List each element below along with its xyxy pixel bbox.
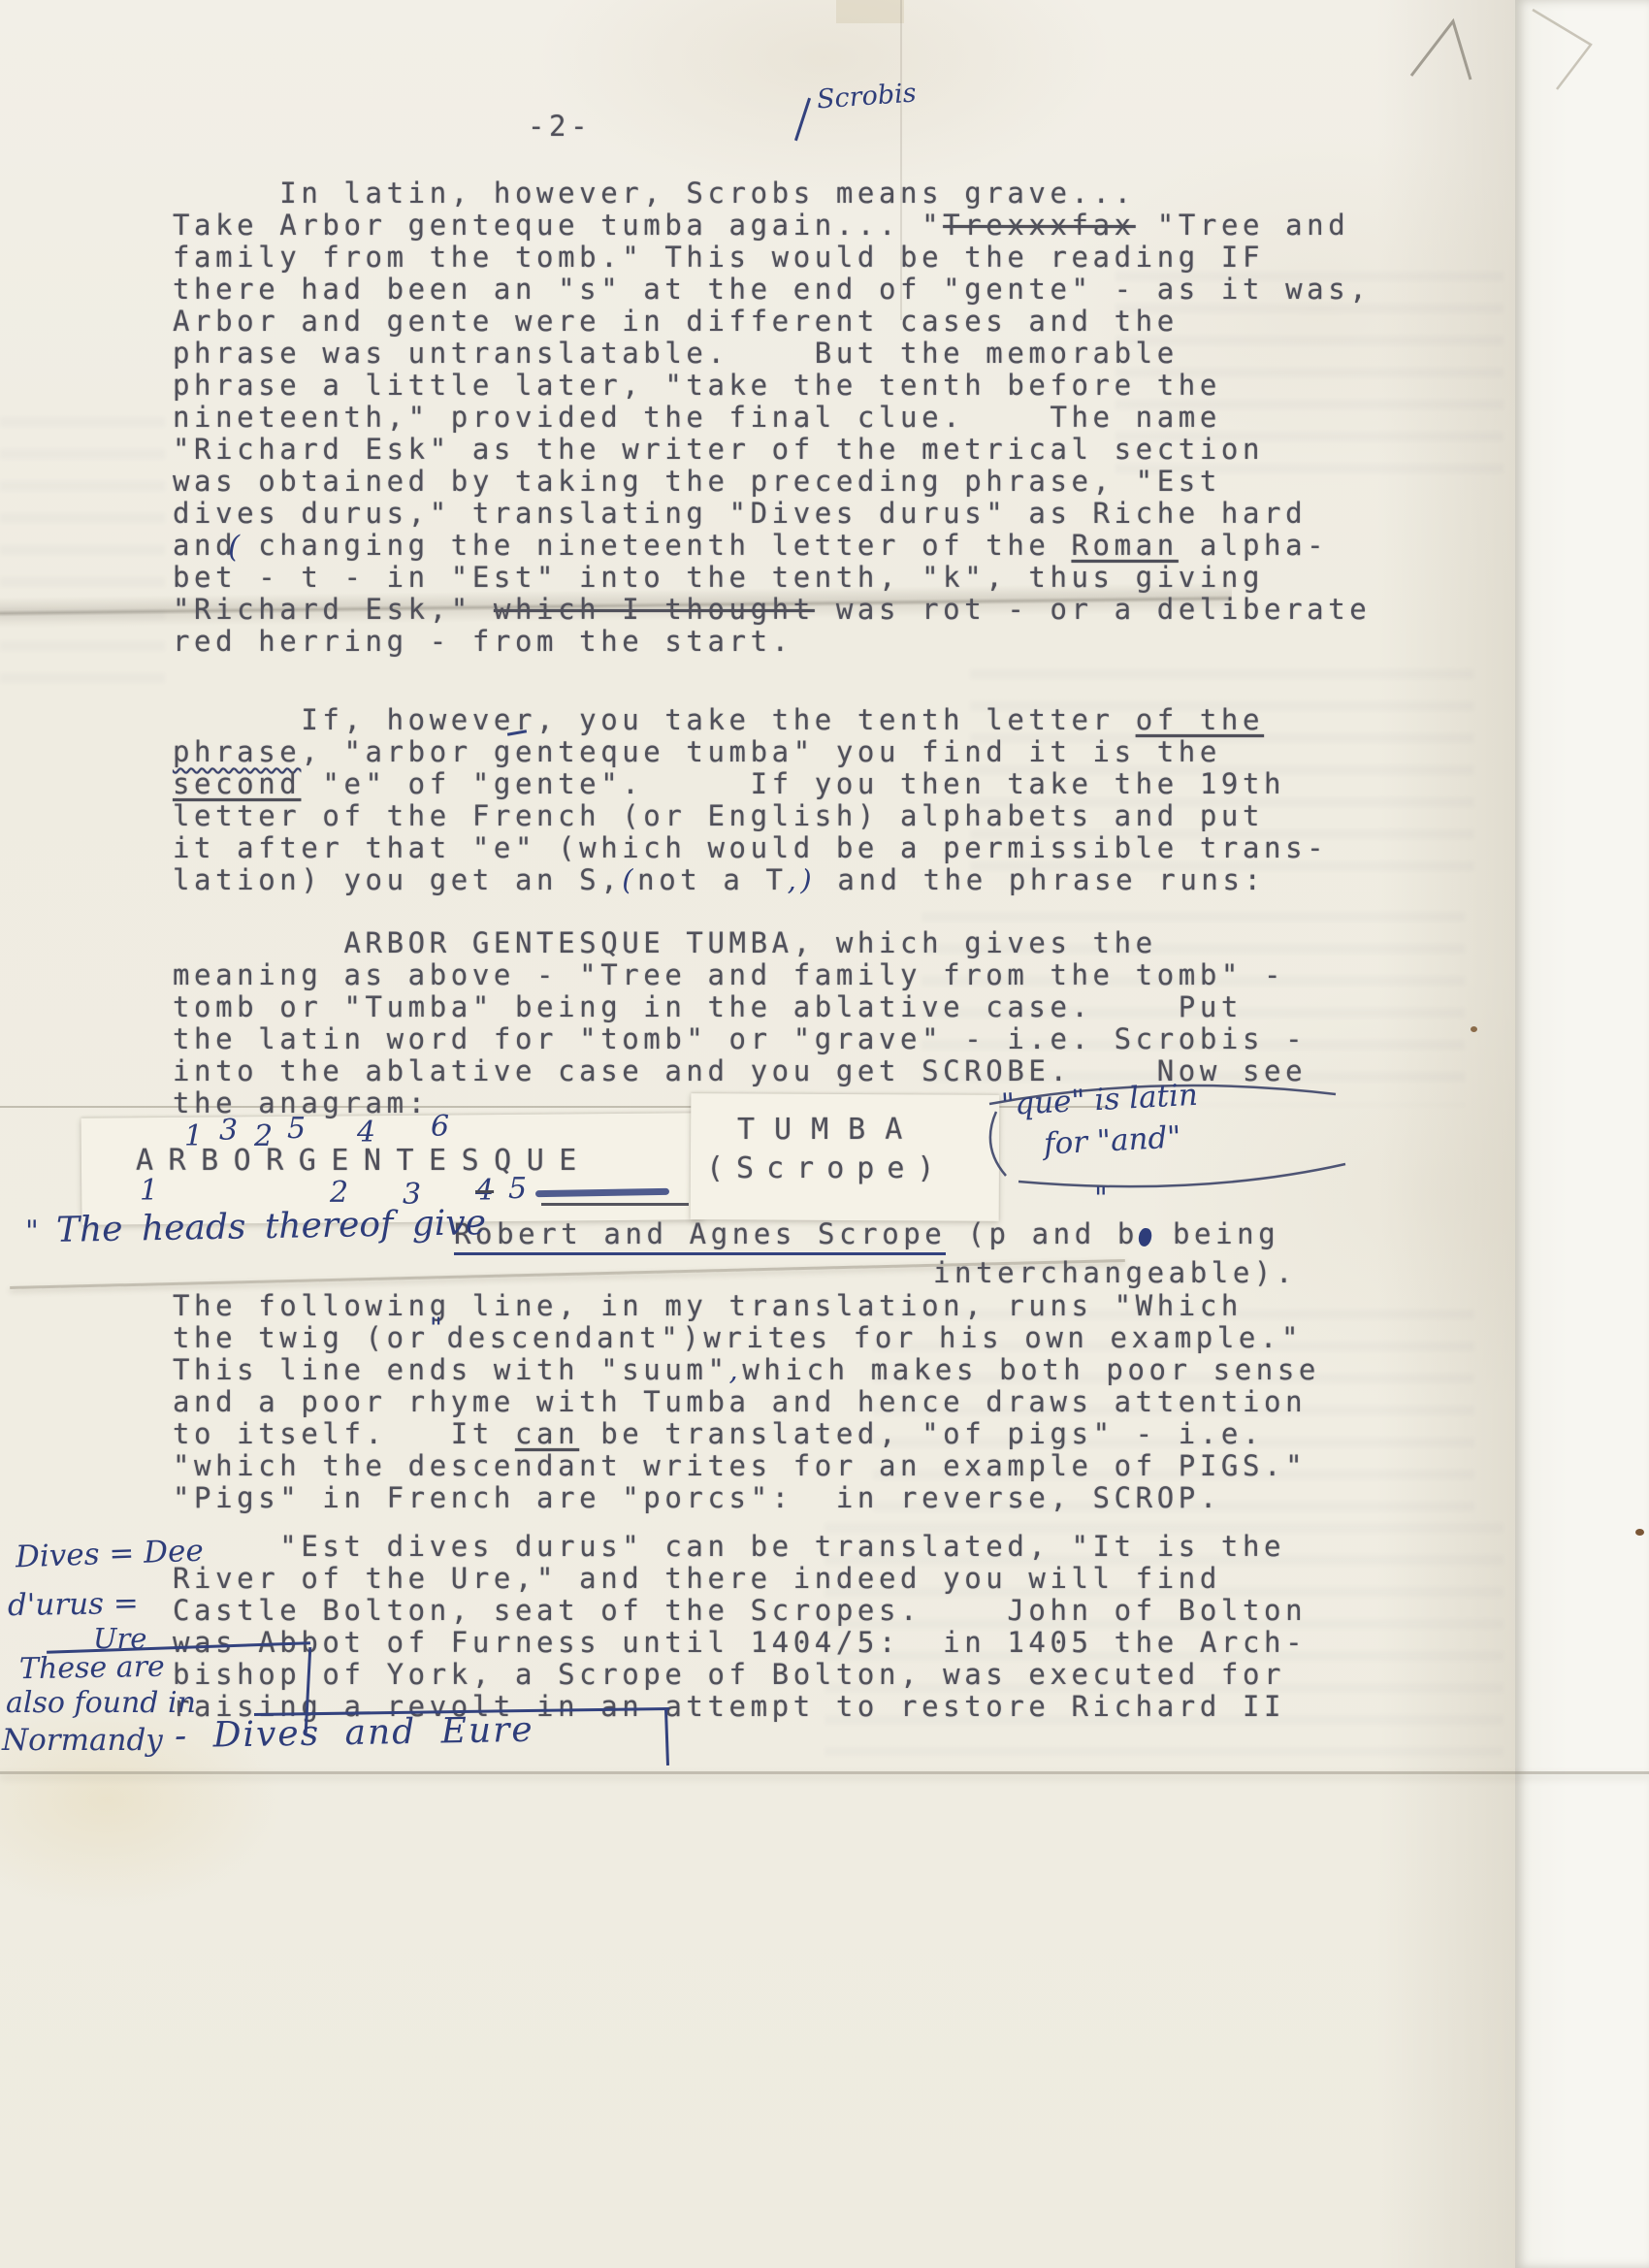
typed-line: and changing the nineteenth letter of th… [173, 530, 1371, 562]
typed-segment: phrase was untranslatable. But the memor… [173, 337, 1179, 370]
scanner-backing-strip [1515, 0, 1649, 2268]
typed-line: second "e" of "gente". If you then take … [173, 768, 1328, 800]
typed-paragraph-5: "Est dives durus" can be translated, "It… [173, 1531, 1307, 1723]
typed-segment: red herring - from the start. [173, 625, 793, 658]
typed-line: In latin, however, Scrobs means grave... [173, 178, 1371, 210]
typed-segment: phrase [173, 735, 301, 768]
typed-line: bishop of York, a Scrope of Bolton, was … [173, 1659, 1307, 1691]
typed-segment: This line ends with "suum" [173, 1353, 729, 1386]
typed-line: If, however, you take the tenth letter o… [173, 704, 1328, 736]
ink-blot [1138, 1227, 1153, 1247]
scanned-letter-page: { "page_label": "-2-", "colors": { "pape… [0, 0, 1649, 2268]
handwritten-open-quote: " [25, 1215, 39, 1248]
paper-edge-shading [1377, 0, 1515, 2268]
anagram-scrope: (Scrope) [706, 1152, 948, 1184]
typed-segment: "Est dives durus" can be translated, "It… [173, 1530, 1285, 1563]
typed-line: phrase was untranslatable. But the memor… [173, 338, 1371, 370]
typed-line: Arbor and gente were in different cases … [173, 306, 1371, 338]
typed-segment: be translated, "of pigs" - i.e. [579, 1417, 1264, 1450]
typed-segment: Castle Bolton, seat of the Scropes. John… [173, 1594, 1307, 1627]
typed-segment: of the [1136, 703, 1264, 736]
typed-line: River of the Ure," and there indeed you … [173, 1563, 1307, 1595]
typed-segment: In latin, however, Scrobs means grave... [173, 177, 1136, 210]
typed-segment: " [430, 1312, 447, 1345]
typed-mid: (p and b [946, 1217, 1139, 1250]
typed-segment: Take Arbor genteque tumba again... " [173, 209, 943, 242]
anagram-number-above: 4 [357, 1116, 375, 1150]
typed-segment: and a poor rhyme with Tumba and hence dr… [173, 1385, 1307, 1418]
typed-segment: the twig (or [173, 1321, 430, 1354]
typed-line: the latin word for "tomb" or "grave" - i… [173, 1023, 1307, 1055]
typed-segment: , [729, 1353, 743, 1386]
anagram-number-above: 5 [287, 1112, 306, 1146]
typed-segment: Arbor and gente were in different cases … [173, 305, 1179, 338]
typed-line: "Richard Esk," which I thought was rot -… [173, 594, 1371, 626]
paper-speck [1635, 1529, 1644, 1536]
typed-line: red herring - from the start. [173, 626, 1371, 658]
typed-segment: ( [622, 863, 637, 896]
anagram-number-below: 1 [140, 1174, 158, 1208]
typed-line: ARBOR GENTESQUE TUMBA, which gives the [173, 927, 1307, 959]
typed-scrope-names-line: Robert and Agnes Scrope (p and b being [454, 1218, 1279, 1250]
typed-segment: was obtained by taking the preceding phr… [173, 465, 1221, 498]
typed-line: nineteenth," provided the final clue. Th… [173, 402, 1371, 434]
typed-segment: meaning as above - "Tree and family from… [173, 958, 1285, 991]
typed-segment: can [515, 1417, 579, 1450]
typed-underline-mark [541, 1203, 689, 1206]
typed-segment: the latin word for "tomb" or "grave" - i… [173, 1022, 1307, 1055]
typed-end: being [1151, 1217, 1279, 1250]
page-number: -2- [528, 111, 592, 143]
typed-segment: The following line, in my translation, r… [173, 1289, 1243, 1322]
underlined-names: Robert and Agnes Scrope [454, 1217, 946, 1255]
typed-segment: "which the descendant writes for an exam… [173, 1449, 1307, 1482]
typed-line: "Richard Esk" as the writer of the metri… [173, 434, 1371, 466]
typed-line: dives durus," translating "Dives durus" … [173, 498, 1371, 530]
typed-line: was Abbot of Furness until 1404/5: in 14… [173, 1627, 1307, 1659]
margin-note-also-found: also found in [6, 1686, 196, 1720]
anagram-number-above: 1 [184, 1119, 203, 1153]
typed-segment: second [173, 767, 301, 800]
typed-line: "Est dives durus" can be translated, "It… [173, 1531, 1307, 1563]
typed-segment: , "arbor genteque tumba" you find it is … [301, 735, 1221, 768]
typed-segment: to itself. It [173, 1417, 515, 1450]
margin-note-dives-eure: - Dives and Eure [175, 1710, 534, 1756]
typed-line: there had been an "s" at the end of "gen… [173, 274, 1371, 306]
typed-segment: not a T [637, 863, 787, 896]
typed-segment: descendant")writes for his own example." [447, 1321, 1303, 1354]
typed-segment: family from the tomb." This would be the… [173, 241, 1264, 274]
typed-line: family from the tomb." This would be the… [173, 242, 1371, 274]
typed-line: the twig (or"descendant")writes for his … [173, 1322, 1320, 1354]
typed-line: phrase a little later, "take the tenth b… [173, 370, 1371, 402]
anagram-number-above: 2 [254, 1119, 273, 1153]
typed-segment: nineteenth," provided the final clue. Th… [173, 401, 1221, 434]
typed-segment: dives durus," translating "Dives durus" … [173, 497, 1307, 530]
typed-segment: "Richard Esk" as the writer of the metri… [173, 433, 1264, 466]
typed-segment: and the phrase runs: [816, 863, 1265, 896]
typed-line: was obtained by taking the preceding phr… [173, 466, 1371, 498]
typed-segment: Roman [1072, 529, 1179, 562]
handwritten-close-quote: " [1094, 1182, 1108, 1215]
typed-segment: "Richard Esk," [173, 593, 494, 626]
typed-line: "Pigs" in French are "porcs": in reverse… [173, 1482, 1320, 1514]
typed-segment: alpha- [1179, 529, 1328, 562]
margin-note-these-are: These are [19, 1650, 165, 1687]
margin-note-dives-dee: Dives = Dee [15, 1534, 204, 1575]
typed-segment: was Abbot of Furness until 1404/5: in 14… [173, 1626, 1307, 1659]
typed-paragraph-1: In latin, however, Scrobs means grave...… [173, 178, 1371, 658]
typed-segment: If, however, you take the tenth letter [173, 703, 1136, 736]
anagram-number-above: 3 [219, 1114, 238, 1148]
typed-segment: bet - t - in "Est" into the tenth, "k", … [173, 561, 1264, 594]
typed-segment: letter of the French (or English) alphab… [173, 799, 1264, 832]
typed-paragraph-2: If, however, you take the tenth letter o… [173, 704, 1328, 896]
typed-line: lation) you get an S,(not a T,) and the … [173, 864, 1328, 896]
typed-interchangeable: interchangeable). [933, 1257, 1297, 1289]
typed-segment: tomb or "Tumba" being in the ablative ca… [173, 990, 1243, 1023]
typed-line: it after that "e" (which would be a perm… [173, 832, 1328, 864]
paper-speck [1471, 1026, 1477, 1032]
typed-line: phrase, "arbor genteque tumba" you find … [173, 736, 1328, 768]
typed-line: to itself. It can be translated, "of pig… [173, 1418, 1320, 1450]
typed-segment: lation) you get an S, [173, 863, 622, 896]
typed-segment: which makes both poor sense [742, 1353, 1320, 1386]
typed-line: The following line, in my translation, r… [173, 1290, 1320, 1322]
fold-crease [0, 1771, 1649, 1774]
typed-segment: "Pigs" in French are "porcs": in reverse… [173, 1481, 1221, 1514]
typed-segment: phrase a little later, "take the tenth b… [173, 369, 1221, 402]
typed-line: "which the descendant writes for an exam… [173, 1450, 1320, 1482]
margin-note-normandy: Normandy [2, 1723, 163, 1758]
typed-segment: "Tree and [1136, 209, 1350, 242]
typed-segment: and changing the nineteenth letter of th… [173, 529, 1072, 562]
anagram-number-above: 6 [431, 1110, 449, 1144]
typed-segment: which I thought [494, 593, 815, 626]
typed-segment: bishop of York, a Scrope of Bolton, was … [173, 1658, 1285, 1691]
typed-segment: it after that "e" (which would be a perm… [173, 831, 1328, 864]
typed-line: letter of the French (or English) alphab… [173, 800, 1328, 832]
margin-note-durus: d'urus = [8, 1586, 139, 1623]
tape-remnant [836, 0, 904, 23]
handwritten-heads-thereof: The heads thereof give [56, 1203, 487, 1250]
anagram-tumba: TUMBA [737, 1114, 921, 1146]
anagram-number-below: 5 [508, 1172, 527, 1206]
typed-line: tomb or "Tumba" being in the ablative ca… [173, 991, 1307, 1023]
typed-segment: ,) [788, 863, 817, 896]
typed-segment: was rot - or a deliberate [815, 593, 1372, 626]
handwritten-que-note-line2: for "and" [1043, 1119, 1181, 1161]
typed-line: Take Arbor genteque tumba again... "Trex… [173, 210, 1371, 242]
typed-line: and a poor rhyme with Tumba and hence dr… [173, 1386, 1320, 1418]
typed-line: bet - t - in "Est" into the tenth, "k", … [173, 562, 1371, 594]
typed-line: This line ends with "suum",which makes b… [173, 1354, 1320, 1386]
typed-line: meaning as above - "Tree and family from… [173, 959, 1307, 991]
typed-segment: ARBOR GENTESQUE TUMBA, which gives the [173, 926, 1157, 959]
typed-segment: Trexxxfax [943, 209, 1136, 242]
typed-line: Castle Bolton, seat of the Scropes. John… [173, 1595, 1307, 1627]
typed-segment: there had been an "s" at the end of "gen… [173, 273, 1371, 306]
typed-segment: "e" of "gente". If you then take the 19t… [301, 767, 1285, 800]
typed-paragraph-4: The following line, in my translation, r… [173, 1290, 1320, 1514]
handwritten-paren: ( [228, 530, 240, 565]
typed-segment: River of the Ure," and there indeed you … [173, 1562, 1221, 1595]
